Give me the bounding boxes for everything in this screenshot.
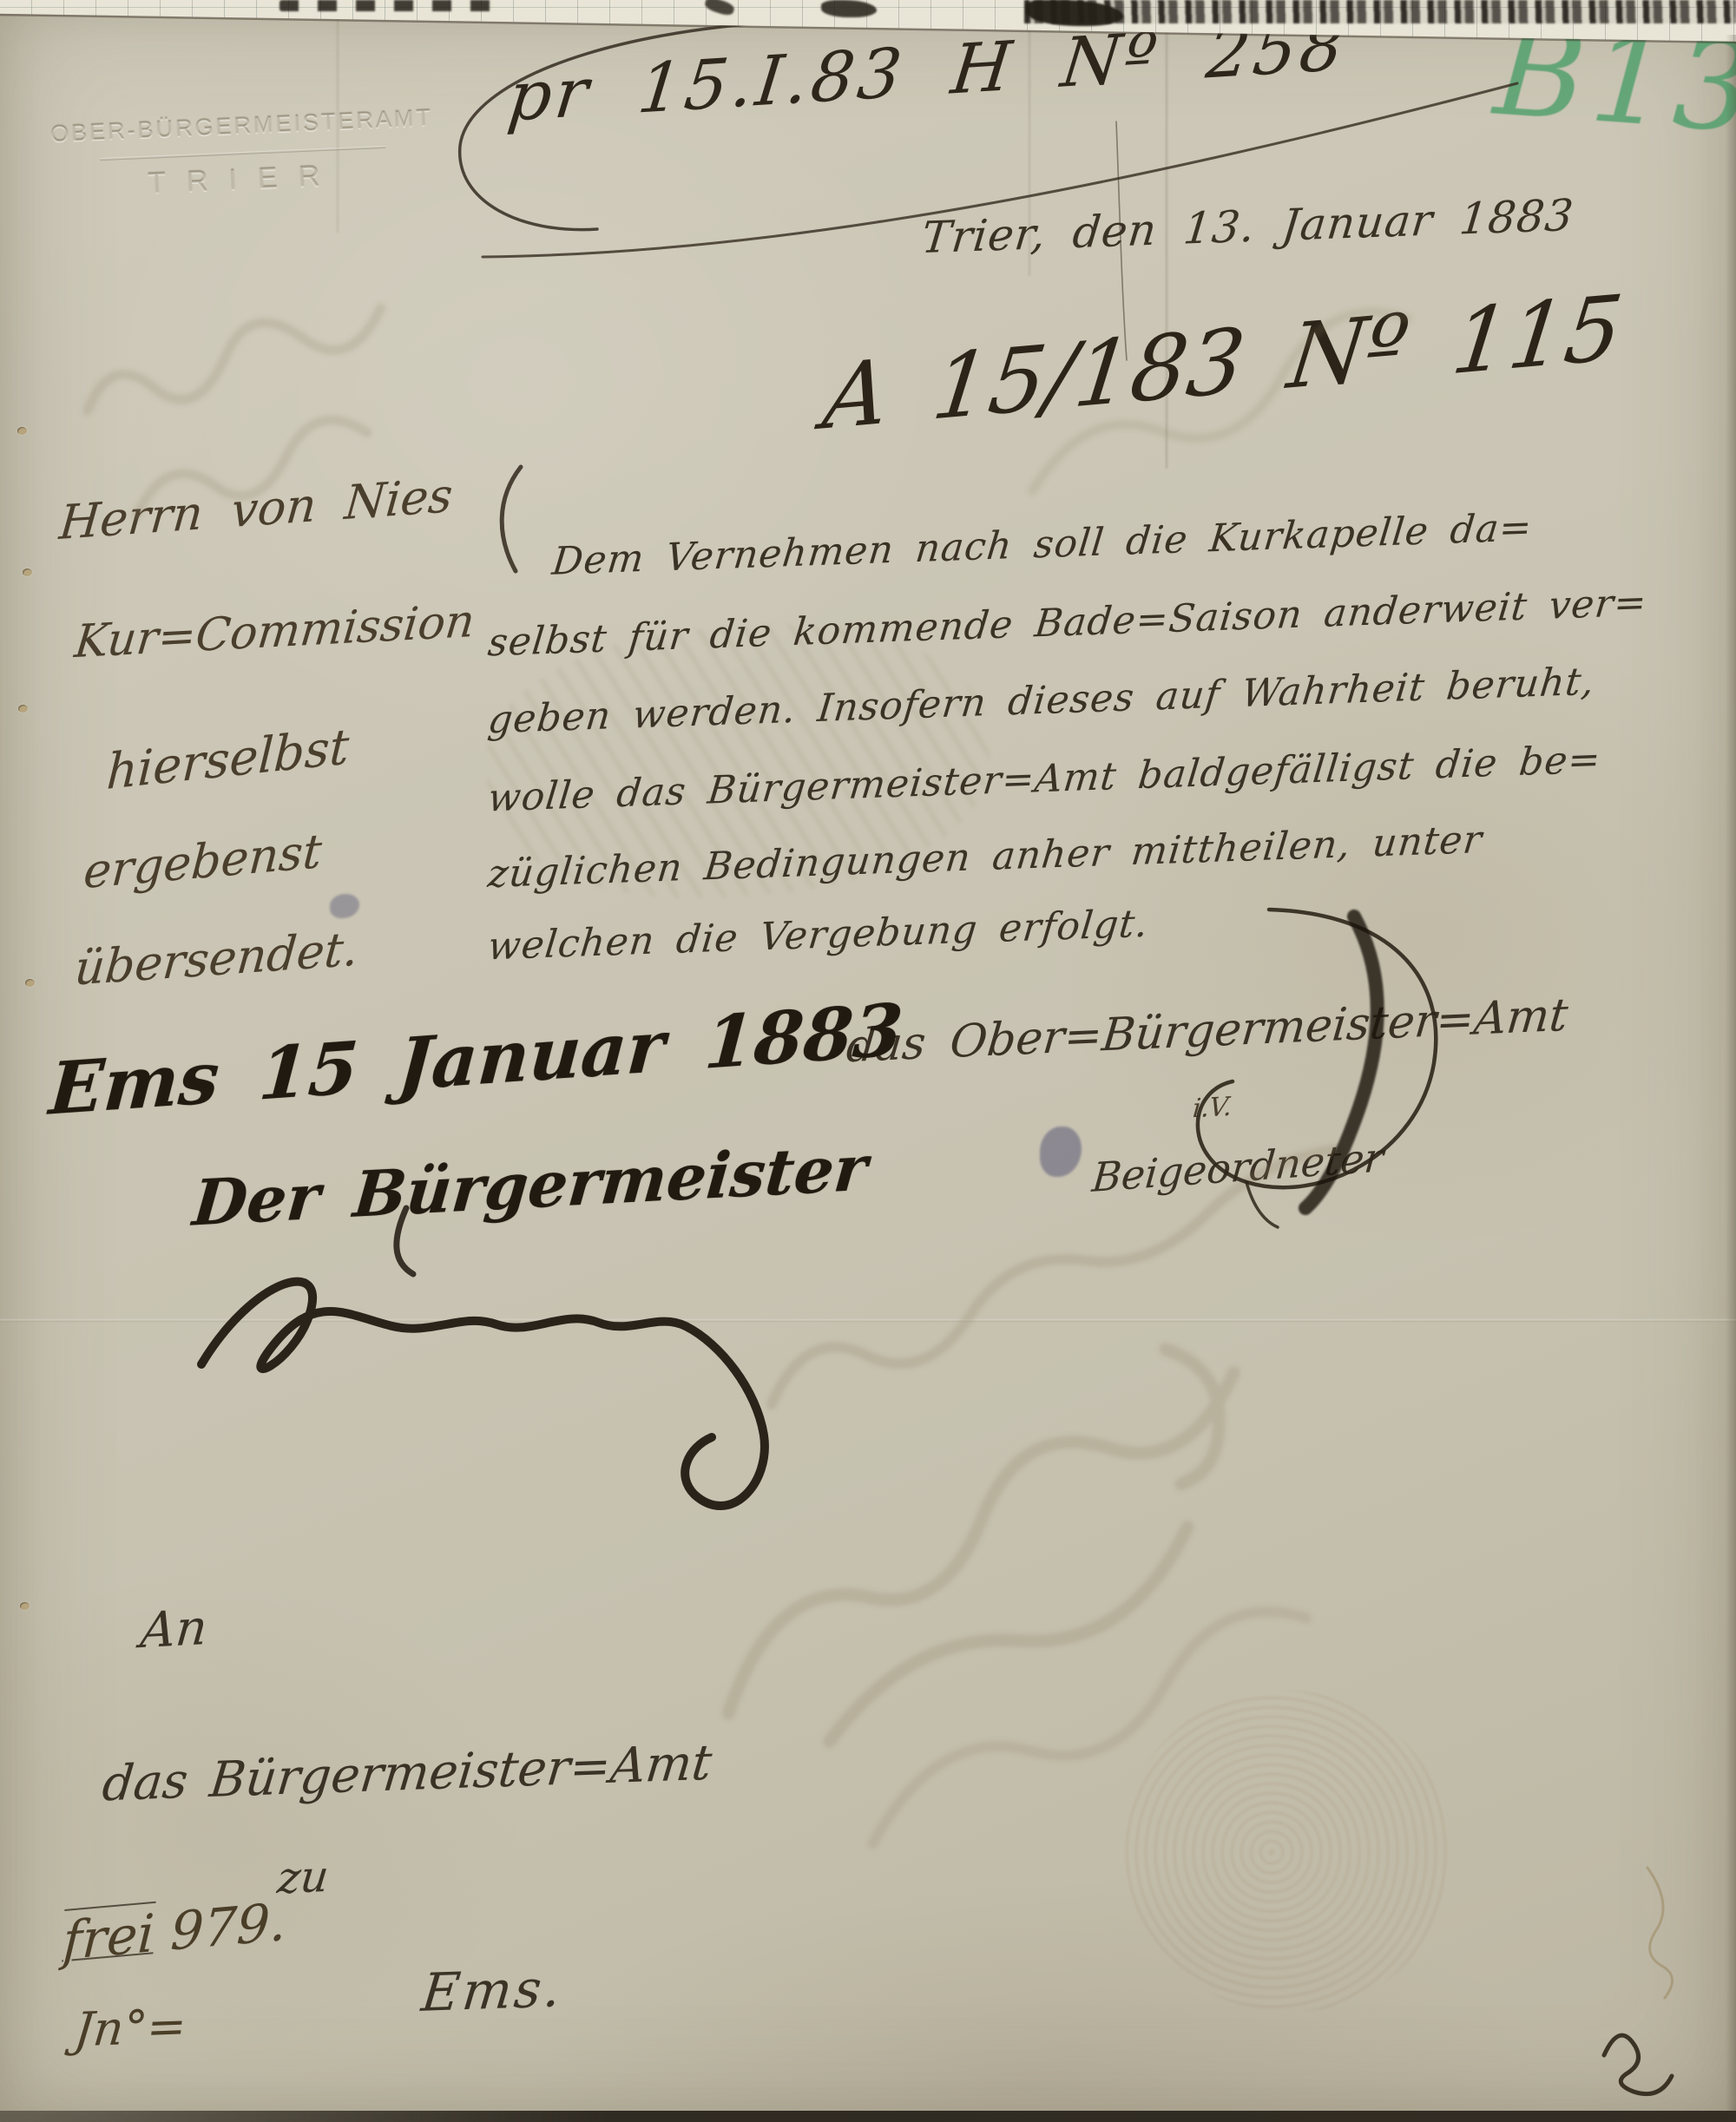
letter-sheet: OBER-BÜRGERMEISTERAMT TRIER pr 15.I.83 H… bbox=[0, 0, 1736, 2122]
body-line: geben werden. Insofern dieses auf Wahrhe… bbox=[486, 663, 1596, 740]
ink-smudge-fragment bbox=[704, 0, 736, 17]
body-line: wolle das Bürgermeister=Amt baldgefällig… bbox=[486, 741, 1603, 818]
margin-note-line: Herrn von Nies bbox=[57, 472, 454, 547]
ink-smear-band bbox=[1024, 0, 1736, 23]
clerk-paraph bbox=[1604, 2035, 1672, 2093]
margin-note-line: übersendet. bbox=[73, 925, 360, 992]
margin-note-line: Kur=Commission bbox=[73, 599, 477, 665]
paper-speck bbox=[18, 705, 28, 713]
margin-note-line: hierselbst bbox=[105, 723, 350, 798]
paper-speck bbox=[25, 979, 35, 987]
blue-ink-blot bbox=[330, 894, 359, 918]
fold-crease-horizontal bbox=[0, 1319, 1736, 1322]
paper-speck bbox=[20, 1602, 30, 1610]
file-reference: A 15/183 Nº 115 bbox=[819, 284, 1627, 443]
ink-smudge-fragment bbox=[821, 0, 877, 17]
clerk-paraph-tail bbox=[1647, 1868, 1673, 1998]
signer-title-line: Der Bürgermeister bbox=[190, 1136, 870, 1234]
archive-mark-green-crayon: B13 bbox=[1490, 10, 1736, 152]
scanned-letter-page: OBER-BÜRGERMEISTERAMT TRIER pr 15.I.83 H… bbox=[0, 0, 1736, 2122]
body-opening-stroke bbox=[502, 467, 521, 571]
postage-frei-label: frei bbox=[62, 1903, 156, 1973]
ems-place-date-line: Ems 15 Januar 1883 bbox=[47, 994, 904, 1125]
body-line: Dem Vernehmen nach soll die Kurkapelle d… bbox=[550, 509, 1534, 581]
paper-speck bbox=[17, 427, 27, 435]
journal-mark: Jn°= bbox=[72, 2003, 188, 2054]
postage-number: 979. bbox=[169, 1891, 288, 1962]
address-salutation: An bbox=[139, 1604, 209, 1656]
body-line: selbst für die kommende Bade=Saison ande… bbox=[486, 584, 1649, 663]
place-date-line: Trier, den 13. Januar 1883 bbox=[920, 194, 1576, 260]
embossed-stamp-line1: OBER-BÜRGERMEISTERAMT bbox=[46, 104, 437, 148]
address-recipient: das Bürgermeister=Amt bbox=[100, 1739, 713, 1810]
body-line: welchen die Vergebung erfolgt. bbox=[486, 905, 1150, 967]
embossed-stamp-line2: TRIER bbox=[49, 154, 440, 206]
address-place: Ems. bbox=[419, 1962, 566, 2020]
postage-note: frei 979. bbox=[62, 1895, 287, 1968]
paper-speck bbox=[23, 568, 32, 576]
fingerprint-smudge bbox=[1074, 1640, 1500, 2061]
deputy-title: Beigeordneter bbox=[1090, 1137, 1384, 1198]
deputy-abbreviation: i.V. bbox=[1192, 1094, 1233, 1123]
ink-smudge-fragment bbox=[279, 0, 498, 11]
margin-note-line: ergebenst bbox=[82, 828, 324, 897]
blue-ink-blot bbox=[1040, 1127, 1082, 1177]
burgermeister-signature bbox=[201, 1282, 765, 1506]
received-note: pr 15.I.83 H Nº 258 bbox=[504, 12, 1350, 132]
embossed-stamp: OBER-BÜRGERMEISTERAMT TRIER bbox=[46, 104, 440, 206]
ink-smudge-fragment bbox=[1026, 0, 1123, 26]
closing-office-line: das Ober=Bürgermeister=Amt bbox=[845, 993, 1570, 1070]
body-line: züglichen Bedingungen anher mittheilen, … bbox=[486, 821, 1484, 894]
